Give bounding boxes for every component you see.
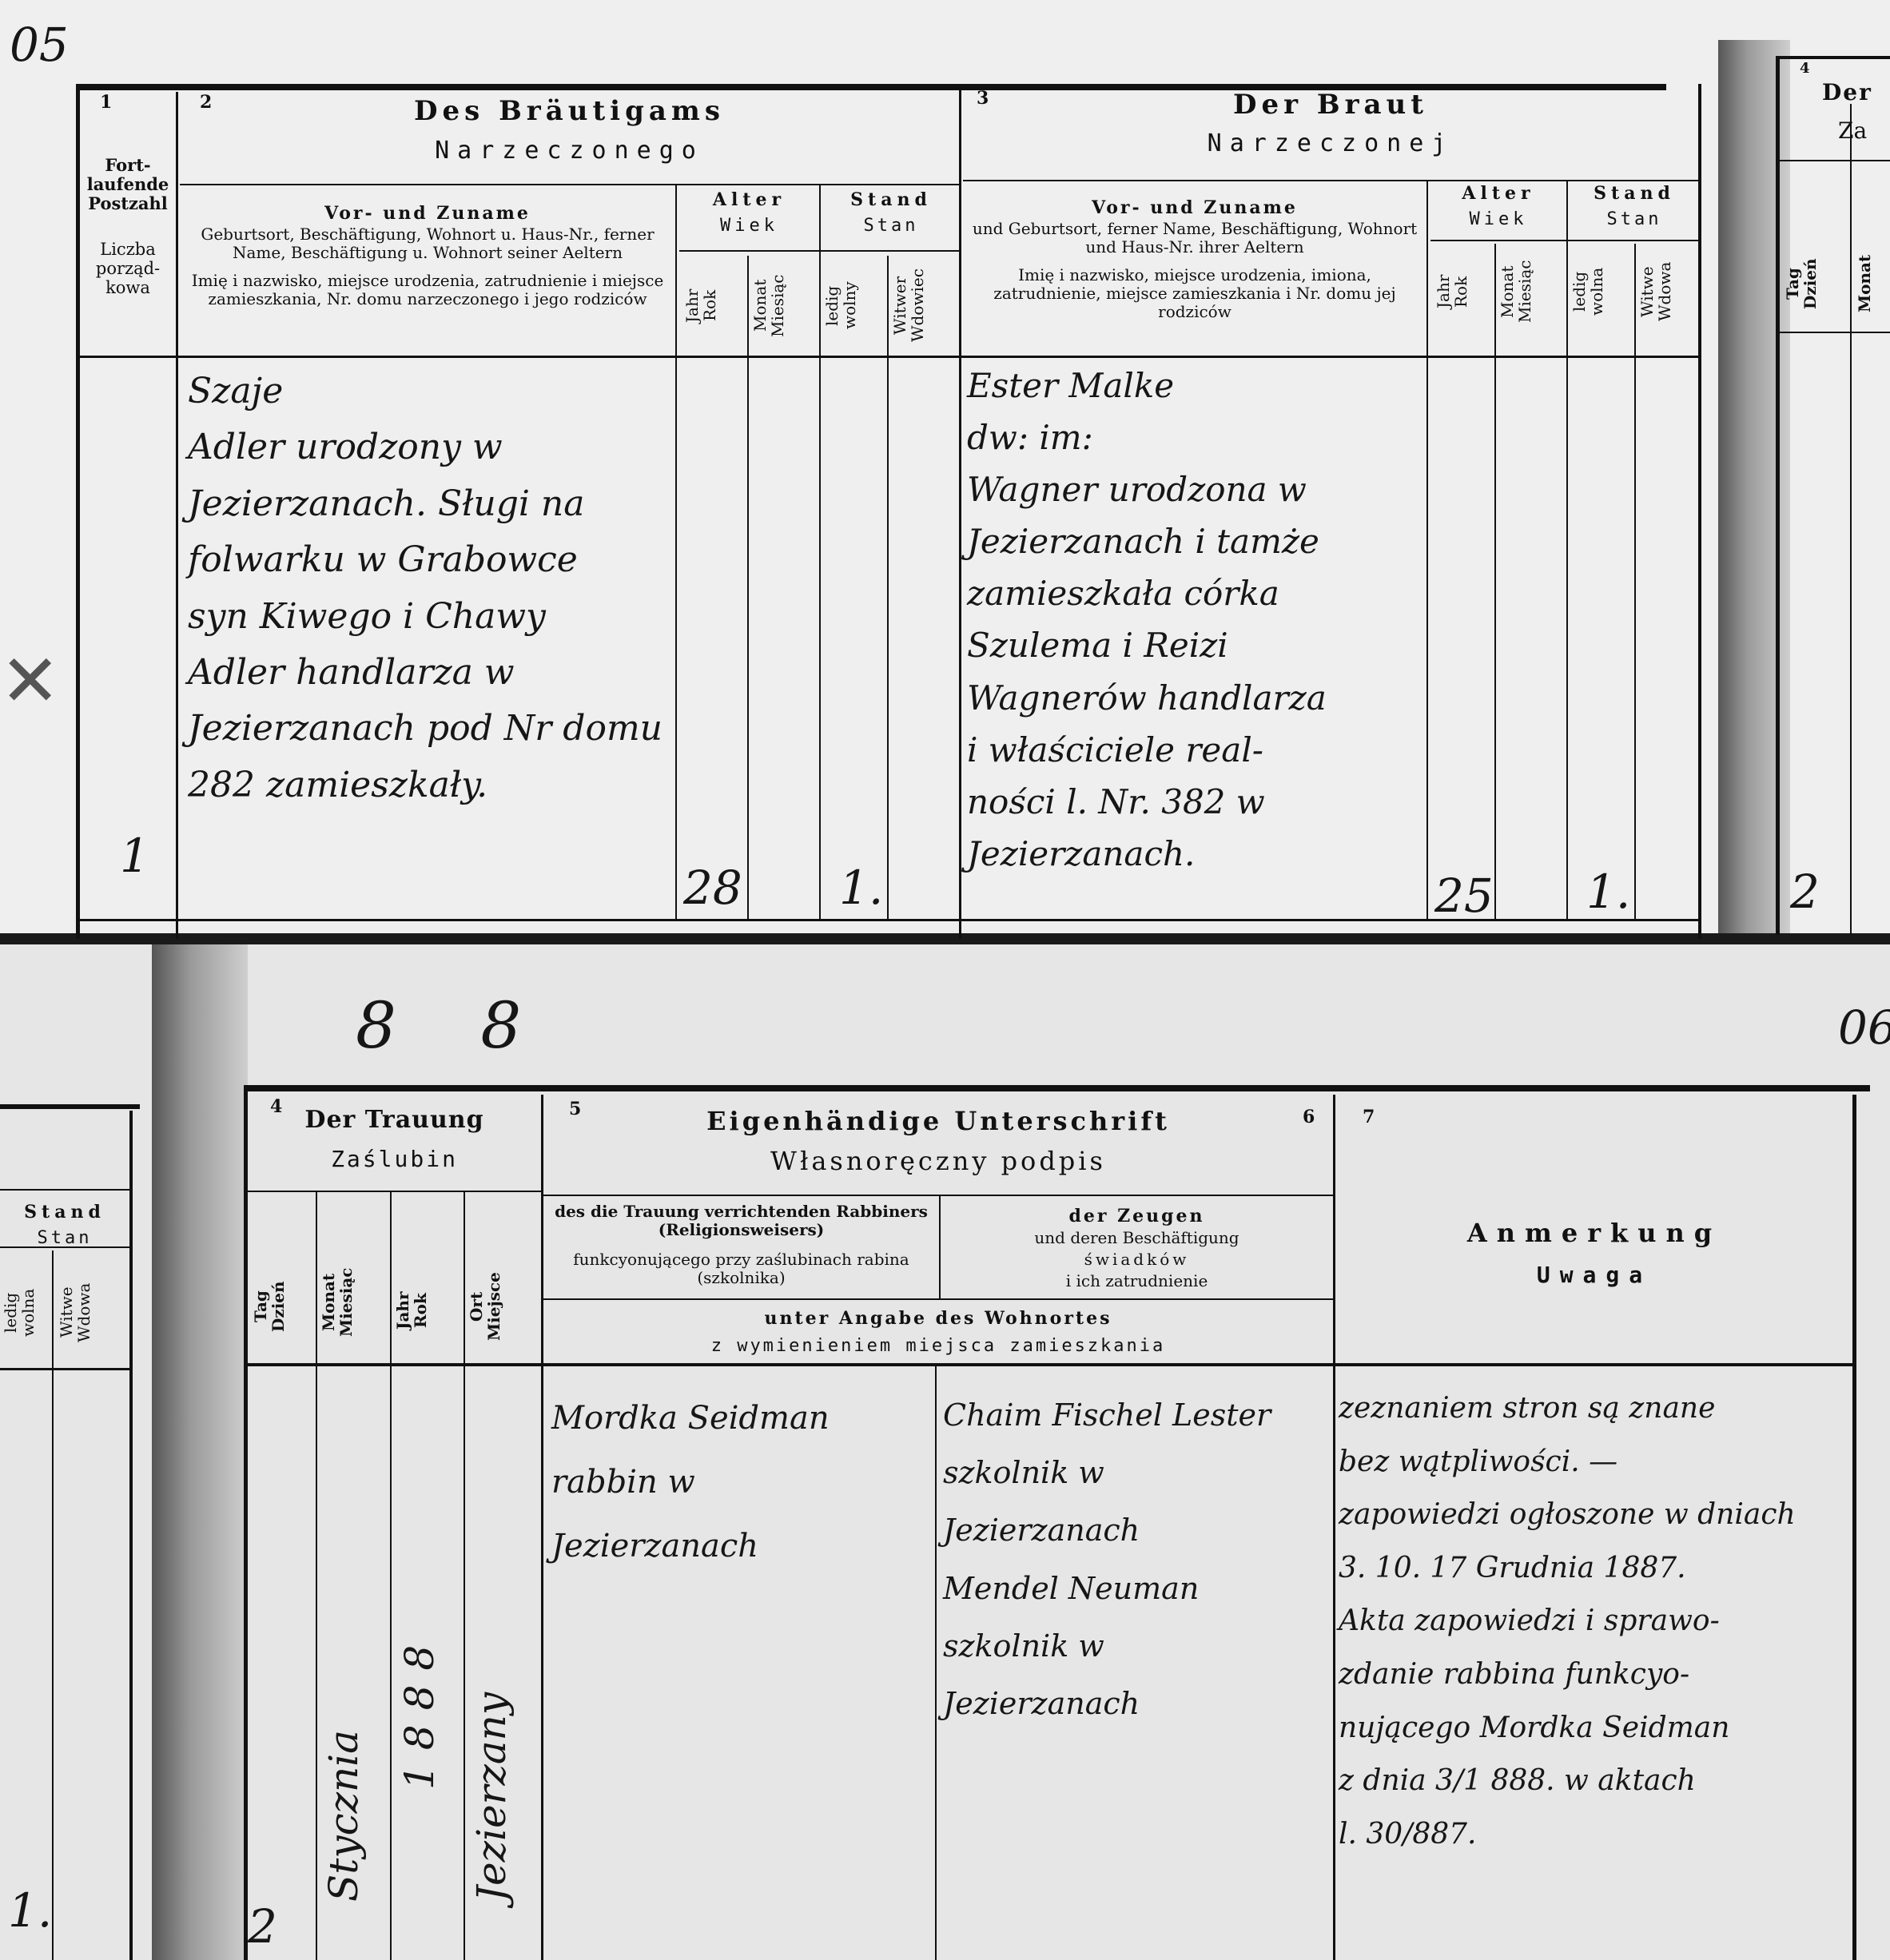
wedding-place: Jezierzany [472, 1534, 511, 1902]
witness-header-pl: świadków [943, 1250, 1331, 1269]
wedding-month: Stycznia [324, 1622, 364, 1902]
groom-status-widowed-label: Witwer Wdowiec [891, 260, 955, 352]
wedding-year: 1888 [400, 1606, 440, 1790]
wedding-title-de: Der [1822, 80, 1890, 105]
signature-title-de: Eigenhändige Unterschrift [543, 1107, 1333, 1136]
wedding-month-label: Monat Miesiąc [320, 1246, 385, 1358]
bride-age-label-pl: Wiek [1430, 209, 1566, 229]
bride-title-de: Der Braut [963, 89, 1698, 121]
page-fold-shadow [152, 943, 248, 1960]
witness-sub-pl: i ich zatrudnienie [943, 1272, 1331, 1290]
groom-age-years: 28 [683, 851, 742, 925]
rabbi-signature: Mordka Seidman rabbin w Jezierzanach [551, 1386, 935, 1578]
bride-age-label-de: Alter [1430, 184, 1566, 204]
remarks-title-de: Anmerkung [1336, 1219, 1852, 1248]
left-entry-mark: 1. [8, 1874, 52, 1948]
groom-age-year-label: Jahr Rok [683, 260, 743, 352]
groom-name-sub-pl: Imię i nazwisko, miejsce urodzenia, zatr… [184, 272, 671, 308]
margin-x-mark: ✕ [0, 639, 60, 723]
left-single-label: ledig wolna [2, 1262, 50, 1362]
signature-title-pl: Własnoręczny podpis [543, 1147, 1333, 1176]
column-number: 6 [1303, 1107, 1315, 1127]
page-number-right: 06 [1838, 991, 1890, 1065]
bride-name-sub-de: und Geburtsort, ferner Name, Beschäftigu… [967, 220, 1422, 256]
wedding-year-label: Jahr Rok [394, 1262, 460, 1358]
groom-status-label-pl: Stan [823, 216, 959, 236]
groom-age-label-pl: Wiek [679, 216, 819, 236]
groom-age-label-de: Alter [679, 190, 819, 210]
groom-status-single-label: ledig wolny [823, 260, 883, 352]
entry-number: 1 [120, 819, 149, 893]
bride-status-single-label: ledig wolna [1570, 248, 1630, 336]
groom-name-header: Vor- und Zuname [184, 204, 671, 224]
wedding-month-label: Monat [1856, 240, 1890, 328]
remarks-title-pl: Uwaga [1336, 1262, 1852, 1288]
rabbi-header-pl: funkcyonującego przy zaślubinach rabina … [547, 1250, 935, 1287]
wedding-title-de: Der Trauung [248, 1107, 541, 1135]
entry-number: 2 [248, 1890, 277, 1960]
rabbi-header-de: des die Trauung verrichtenden Rabbiners … [547, 1203, 935, 1239]
groom-status-label-de: Stand [823, 190, 959, 210]
wedding-place-label: Ort Miejsce [468, 1254, 538, 1358]
left-widowed-label: Witwe Wdowa [58, 1262, 125, 1362]
wedding-day-label: Tag Dzień [1784, 240, 1846, 328]
column-number: 7 [1363, 1107, 1375, 1127]
bride-status-single: 1. [1586, 855, 1630, 929]
groom-name-sub-de: Geburtsort, Beschäftigung, Wohnort u. Ha… [184, 225, 671, 262]
remarks-text: zeznaniem stron są znane bez wątpliwości… [1339, 1382, 1858, 1861]
bride-name-sub-pl: Imię i nazwisko, miejsce urodzenia, imio… [967, 266, 1422, 321]
groom-age-month-label: Monat Miesiąc [751, 260, 815, 352]
scan-divider [0, 933, 1890, 944]
bride-age-years: 25 [1434, 859, 1494, 933]
col1-label-de: Fort- laufende Postzahl [80, 156, 176, 213]
residence-footer-de: unter Angabe des Wohnortes [543, 1309, 1333, 1329]
groom-title-de: Des Bräutigams [180, 96, 959, 127]
witness-signatures: Chaim Fischel Lester szkolnik w Jezierza… [943, 1386, 1335, 1732]
bride-title-pl: Narzeczonej [963, 130, 1698, 158]
bride-age-year-label: Jahr Rok [1434, 248, 1490, 336]
bride-status-label-pl: Stan [1570, 209, 1698, 229]
col1-label-pl: Liczba porząd- kowa [80, 240, 176, 297]
wedding-title-pl: Za [1838, 118, 1890, 144]
bride-status-label-de: Stand [1570, 184, 1698, 204]
groom-title-pl: Narzeczonego [180, 137, 959, 165]
residence-footer-pl: z wymienieniem miejsca zamieszkania [543, 1336, 1333, 1356]
witness-header-de: der Zeugen [943, 1207, 1331, 1226]
groom-status-single: 1. [839, 851, 883, 925]
year-marker: 8 8 [356, 975, 553, 1077]
bride-name-header: Vor- und Zuname [967, 198, 1422, 218]
next-entry-number: 2 [1790, 855, 1820, 929]
bride-status-widowed-label: Witwe Wdowa [1638, 248, 1698, 336]
column-number: 1 [100, 92, 112, 113]
groom-details: Szaje Adler urodzony w Jezierzanach. Słu… [188, 364, 675, 813]
witness-sub-de: und deren Beschäftigung [943, 1229, 1331, 1247]
left-status-label-de: Stand [0, 1203, 129, 1223]
column-number: 4 [1800, 60, 1810, 77]
wedding-day-label: Tag Dzień [252, 1254, 312, 1358]
bride-details: Ester Malke dw: im: Wagner urodzona w Je… [967, 360, 1426, 880]
page-number-left: 05 [10, 8, 69, 82]
left-status-label-pl: Stan [0, 1228, 129, 1248]
wedding-title-pl: Zaślubin [248, 1147, 541, 1172]
bride-age-month-label: Monat Miesiąc [1498, 248, 1562, 336]
